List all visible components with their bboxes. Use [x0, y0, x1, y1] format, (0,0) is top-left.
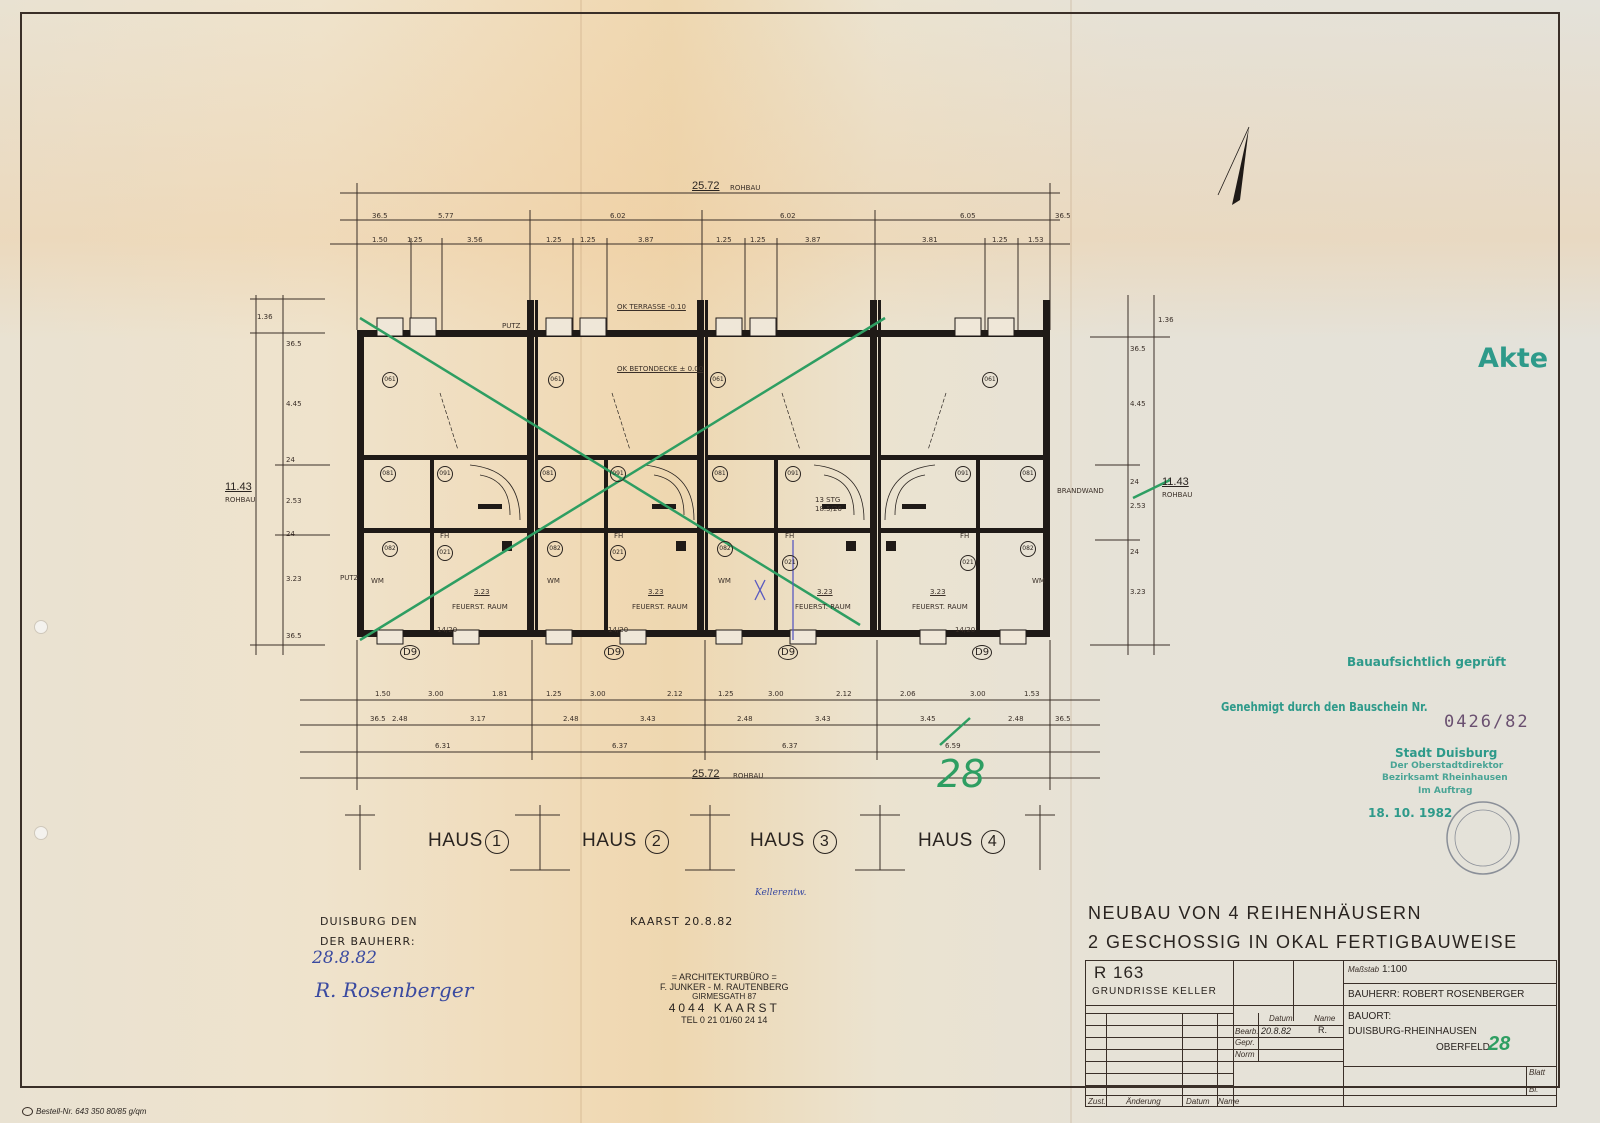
washing-machine-label: WM — [547, 577, 560, 585]
dim-text: 36.5 — [1055, 212, 1071, 220]
dim-text: 3.23 — [286, 575, 302, 583]
north-arrow-icon — [1232, 127, 1249, 205]
architect-place-date: KAARST 20.8.82 — [630, 915, 733, 928]
dim-text: 3.00 — [768, 690, 784, 698]
boiler-area: 3.23 — [474, 588, 490, 596]
authority-stamp-line2: Der Oberstadtdirektor — [1390, 761, 1503, 771]
bearb-date: 20.8.82 — [1261, 1026, 1291, 1036]
room-number: 082 — [717, 541, 733, 557]
approval-date: 18. 10. 1982 — [1368, 806, 1452, 820]
architect-stamp: = ARCHITEKTURBÜRO = F. JUNKER - M. RAUTE… — [660, 972, 789, 1025]
dim-text: 3.45 — [920, 715, 936, 723]
room-number: 061 — [548, 372, 564, 388]
washing-machine-label: WM — [1032, 577, 1045, 585]
scale-label: Maßstab — [1348, 965, 1379, 974]
dim-text: 1.25 — [546, 690, 562, 698]
dim-text: 4.45 — [286, 400, 302, 408]
room-label-boiler: FEUERST. RAUM — [452, 603, 508, 611]
overall-width-note: ROHBAU — [733, 772, 763, 780]
authority-stamp-line3: Bezirksamt Rheinhausen — [1382, 773, 1508, 783]
overall-width-top: 25.72 — [692, 180, 720, 192]
room-number: 091 — [437, 466, 453, 482]
dim-text: 1.50 — [375, 690, 391, 698]
title-block: R 163 GRUNDRISSE KELLER Maßstab 1:100 BA… — [1085, 960, 1557, 1107]
room-number: 021 — [782, 555, 798, 571]
dim-text: 2.48 — [392, 715, 408, 723]
dim-text: 1.53 — [1028, 236, 1044, 244]
dim-text: 2.48 — [563, 715, 579, 723]
dim-text: 2.12 — [667, 690, 683, 698]
dim-text: 2.48 — [1008, 715, 1024, 723]
boiler-area: 3.23 — [648, 588, 664, 596]
light-well-label: D9 — [604, 645, 624, 660]
overall-depth-left: 11.43 — [225, 481, 252, 493]
site-label: BAUORT: — [1348, 1011, 1391, 1022]
dim-text: 1.36 — [1158, 316, 1174, 324]
owner-sign-date: 28.8.82 — [312, 948, 377, 968]
approval-stamp: Genehmigt durch den Bauschein Nr. — [1221, 700, 1428, 714]
washing-machine-label: WM — [371, 577, 384, 585]
rev-status: Zust. — [1088, 1097, 1106, 1106]
authority-stamp-line4: Im Auftrag — [1418, 786, 1472, 796]
handwritten-house-number: 28 — [1488, 1033, 1510, 1056]
room-label-boiler: FEUERST. RAUM — [912, 603, 968, 611]
row-bearb: Bearb. — [1235, 1027, 1259, 1036]
client-name: BAUHERR: ROBERT ROSENBERGER — [1348, 989, 1524, 1000]
dim-text: 2.48 — [737, 715, 753, 723]
row-norm: Norm — [1235, 1050, 1255, 1059]
col-datum: Datum — [1269, 1014, 1293, 1023]
owner-signature: R. Rosenberger — [315, 978, 473, 1002]
room-number: 021 — [960, 555, 976, 571]
dim-text: 2.53 — [1130, 502, 1146, 510]
dim-text: 1.25 — [407, 236, 423, 244]
house-label-3: HAUS 3 — [750, 830, 837, 854]
room-number: 082 — [382, 541, 398, 557]
authority-stamp-line1: Stadt Duisburg — [1395, 746, 1497, 760]
dim-text: 36.5 — [286, 632, 302, 640]
dim-text: 3.43 — [640, 715, 656, 723]
dim-text: 24 — [286, 530, 295, 538]
boiler-area: 3.23 — [817, 588, 833, 596]
dim-text: 1.25 — [546, 236, 562, 244]
overall-width-bottom: 25.72 — [692, 768, 720, 780]
dim-text: 3.56 — [467, 236, 483, 244]
dim-text: 1.25 — [992, 236, 1008, 244]
dim-text: 36.5 — [372, 212, 388, 220]
architect-chamber-seal — [1447, 802, 1519, 874]
project-title-line2: 2 GESCHOSSIG IN OKAL FERTIGBAUWEISE — [1088, 932, 1518, 953]
paper-order-number: Bestell-Nr. 643 350 80/85 g/qm — [22, 1107, 146, 1116]
room-number: 081 — [712, 466, 728, 482]
room-number: 091 — [785, 466, 801, 482]
manufacturer-logo-icon — [22, 1107, 33, 1116]
dim-text: 3.17 — [470, 715, 486, 723]
dim-text: 36.5 — [370, 715, 386, 723]
dim-text: 1.36 — [257, 313, 273, 321]
room-number: 021 — [437, 545, 453, 561]
site-line1: DUISBURG-RHEINHAUSEN — [1348, 1026, 1477, 1037]
dim-text: 6.31 — [435, 742, 451, 750]
overall-depth-note: ROHBAU — [225, 496, 255, 504]
row-gepr: Gepr. — [1235, 1038, 1255, 1047]
dim-text: 1.25 — [716, 236, 732, 244]
dim-text: 1.25 — [750, 236, 766, 244]
boiler-area: 3.23 — [930, 588, 946, 596]
basement-floor-plan — [0, 0, 1600, 1123]
dim-text: 5.77 — [438, 212, 454, 220]
owner-place: DUISBURG DEN — [320, 915, 418, 928]
drawing-name: GRUNDRISSE KELLER — [1092, 986, 1217, 997]
room-number: 061 — [382, 372, 398, 388]
fire-door-label: FH — [960, 532, 969, 540]
owner-label: DER BAUHERR: — [320, 935, 416, 948]
inspection-stamp: Bauaufsichtlich geprüft — [1347, 655, 1506, 669]
handwritten-note: Kellerentw. — [755, 888, 806, 898]
dim-text: 3.23 — [1130, 588, 1146, 596]
file-stamp: Akte — [1478, 343, 1548, 374]
sheet-count-label: Bl. — [1529, 1085, 1538, 1094]
dim-text: 36.5 — [1055, 715, 1071, 723]
dim-text: 1.53 — [1024, 690, 1040, 698]
dim-text: 1.25 — [580, 236, 596, 244]
light-well-label: D9 — [972, 645, 992, 660]
window-size: 14/20 — [608, 626, 628, 634]
dim-text: 1.50 — [372, 236, 388, 244]
dim-text: 24 — [1130, 478, 1139, 486]
bearb-name: R. — [1318, 1025, 1327, 1035]
rev-date: Datum — [1186, 1097, 1210, 1106]
room-number: 061 — [710, 372, 726, 388]
window-size: 14/20 — [437, 626, 457, 634]
handwritten-lot-number: 28 — [937, 752, 985, 796]
dim-text: 6.02 — [780, 212, 796, 220]
room-number: 091 — [955, 466, 971, 482]
room-number: 081 — [1020, 466, 1036, 482]
dim-text: 1.25 — [718, 690, 734, 698]
dim-text: 3.00 — [970, 690, 986, 698]
permit-number: 0426/82 — [1444, 712, 1530, 732]
dim-text: 24 — [1130, 548, 1139, 556]
room-number: 021 — [610, 545, 626, 561]
room-number: 061 — [982, 372, 998, 388]
dim-text: 36.5 — [1130, 345, 1146, 353]
fire-door-label: FH — [440, 532, 449, 540]
room-number: 091 — [610, 466, 626, 482]
terrace-level-note: OK TERRASSE -0.10 — [617, 303, 686, 311]
project-title-line1: NEUBAU VON 4 REIHENHÄUSERN — [1088, 903, 1422, 924]
room-number: 081 — [540, 466, 556, 482]
dim-text: 6.37 — [782, 742, 798, 750]
window-size: 14/20 — [955, 626, 975, 634]
fire-door-label: FH — [614, 532, 623, 540]
plaster-note: PUTZ — [502, 322, 520, 330]
overall-depth-right: 11.43 — [1162, 476, 1189, 488]
dim-text: 2.06 — [900, 690, 916, 698]
fire-door-label: FH — [785, 532, 794, 540]
dim-text: 36.5 — [286, 340, 302, 348]
dim-text: 6.05 — [960, 212, 976, 220]
stair-count: 13 STG — [815, 496, 840, 504]
stair-dims: 18.5/26 — [815, 505, 842, 513]
dim-text: 3.87 — [805, 236, 821, 244]
dim-text: 3.00 — [428, 690, 444, 698]
dim-text: 3.81 — [922, 236, 938, 244]
dim-text: 3.00 — [590, 690, 606, 698]
drawing-number: R 163 — [1094, 963, 1144, 983]
dim-text: 24 — [286, 456, 295, 464]
room-label-boiler: FEUERST. RAUM — [632, 603, 688, 611]
light-well-label: D9 — [400, 645, 420, 660]
rev-name: Name — [1218, 1097, 1239, 1106]
overall-depth-note: ROHBAU — [1162, 491, 1192, 499]
dim-text: 3.43 — [815, 715, 831, 723]
scale-value: 1:100 — [1382, 964, 1407, 975]
room-number: 082 — [547, 541, 563, 557]
plaster-note: PUTZ — [340, 574, 358, 582]
room-number: 081 — [380, 466, 396, 482]
washing-machine-label: WM — [718, 577, 731, 585]
firewall-note: BRANDWAND — [1057, 487, 1104, 495]
dim-text: 2.12 — [836, 690, 852, 698]
rev-change: Änderung — [1126, 1097, 1161, 1106]
dim-text: 2.53 — [286, 497, 302, 505]
dim-text: 6.59 — [945, 742, 961, 750]
sheet-label: Blatt — [1529, 1068, 1545, 1077]
room-number: 082 — [1020, 541, 1036, 557]
dim-text: 6.37 — [612, 742, 628, 750]
site-line2: OBERFELD — [1436, 1042, 1490, 1053]
overall-width-note: ROHBAU — [730, 184, 760, 192]
slab-level-note: OK BETONDECKE ± 0.00 — [617, 365, 703, 373]
dim-text: 3.87 — [638, 236, 654, 244]
house-label-1: HAUS1 — [428, 830, 509, 854]
dim-text: 6.02 — [610, 212, 626, 220]
room-label-boiler: FEUERST. RAUM — [795, 603, 851, 611]
col-name: Name — [1314, 1014, 1335, 1023]
house-label-2: HAUS 2 — [582, 830, 669, 854]
dim-text: 4.45 — [1130, 400, 1146, 408]
light-well-label: D9 — [778, 645, 798, 660]
house-label-4: HAUS 4 — [918, 830, 1005, 854]
dim-text: 1.81 — [492, 690, 508, 698]
